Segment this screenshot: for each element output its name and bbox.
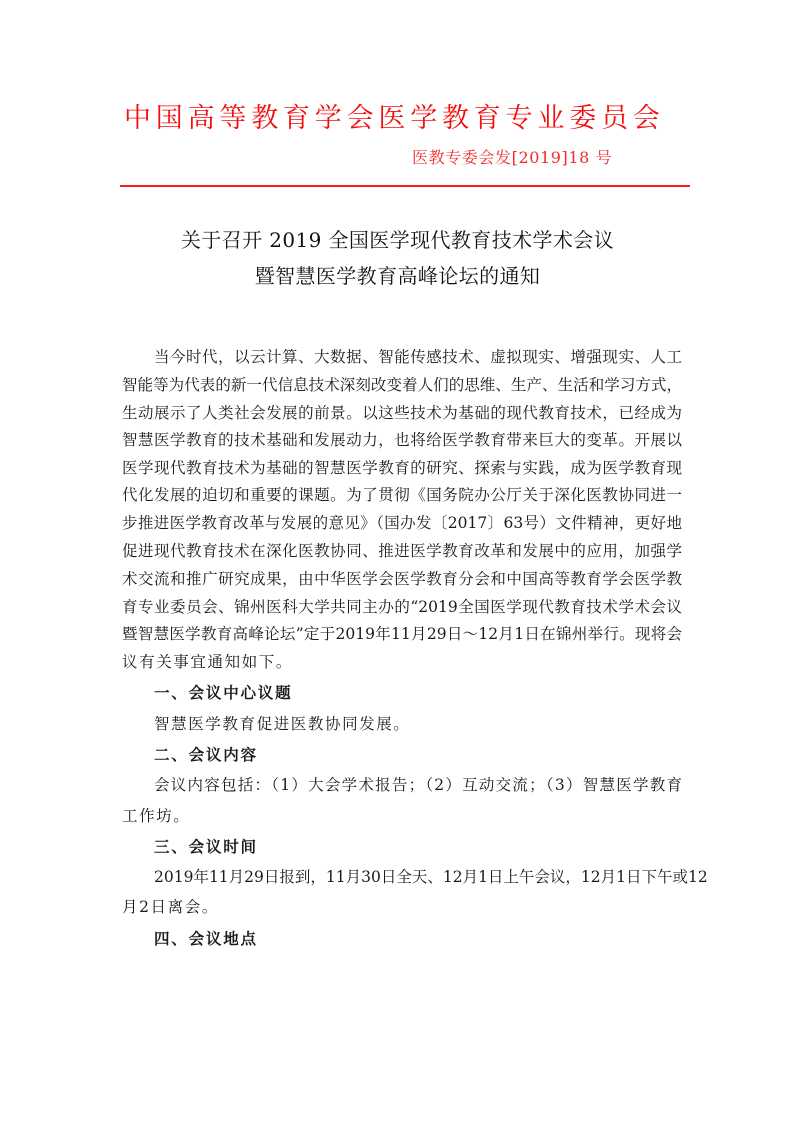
paragraph-line: 步推进医学教育改革与发展的意见》（国办发〔2017〕63号）文件精神，更好地 xyxy=(122,512,682,534)
paragraph-line: 议有关事宜通知如下。 xyxy=(122,651,682,673)
section-body-line: 月2日离会。 xyxy=(122,896,682,918)
document-number: 医教专委会发[2019]18 号 xyxy=(412,146,612,170)
section-heading-topic: 一、会议中心议题 xyxy=(154,682,292,704)
section-body-line: 工作坊。 xyxy=(122,805,682,827)
paragraph-line: 促进现代教育技术在深化医教协同、推进医学教育改革和发展中的应用，加强学 xyxy=(122,540,682,562)
paragraph-line: 智慧医学教育的技术基础和发展动力，也将给医学教育带来巨大的变革。开展以 xyxy=(122,429,682,451)
notice-title-line-1: 关于召开 2019 全国医学现代教育技术学术会议 xyxy=(0,226,797,254)
paragraph-line: 代化发展的迫切和重要的课题。为了贯彻《国务院办公厅关于深化医教协同进一 xyxy=(122,484,682,506)
paragraph-line: 当今时代，以云计算、大数据、智能传感技术、虚拟现实、增强现实、人工 xyxy=(154,346,682,368)
section-body-line: 会议内容包括：（1）大会学术报告；（2）互动交流；（3）智慧医学教育 xyxy=(154,774,682,796)
organization-title: 中国高等教育学会医学教育专业委员会 xyxy=(124,102,684,136)
section-heading-location: 四、会议地点 xyxy=(154,928,258,950)
paragraph-line: 暨智慧医学教育高峰论坛”定于2019年11月29日～12月1日在锦州举行。现将会 xyxy=(122,623,682,645)
section-body-line: 智慧医学教育促进医教协同发展。 xyxy=(154,713,714,735)
section-heading-content: 二、会议内容 xyxy=(154,744,258,766)
paragraph-line: 医学现代教育技术为基础的智慧医学教育的研究、探索与实践，成为医学教育现 xyxy=(122,457,682,479)
paragraph-line: 术交流和推广研究成果，由中华医学会医学教育分会和中国高等教育学会医学教 xyxy=(122,568,682,590)
document-page: 中国高等教育学会医学教育专业委员会 医教专委会发[2019]18 号 关于召开 … xyxy=(0,0,799,1131)
section-heading-time: 三、会议时间 xyxy=(154,836,258,858)
red-header-divider xyxy=(120,185,690,187)
section-body-line: 2019年11月29日报到，11月30日全天、12月1日上午会议，12月1日下午… xyxy=(154,866,682,888)
paragraph-line: 育专业委员会、锦州医科大学共同主办的“2019全国医学现代教育技术学术会议 xyxy=(122,596,682,618)
notice-title-line-2: 暨智慧医学教育高峰论坛的通知 xyxy=(0,262,797,290)
paragraph-line: 智能等为代表的新一代信息技术深刻改变着人们的思维、生产、生活和学习方式， xyxy=(122,374,682,396)
paragraph-line: 生动展示了人类社会发展的前景。以这些技术为基础的现代教育技术，已经成为 xyxy=(122,402,682,424)
